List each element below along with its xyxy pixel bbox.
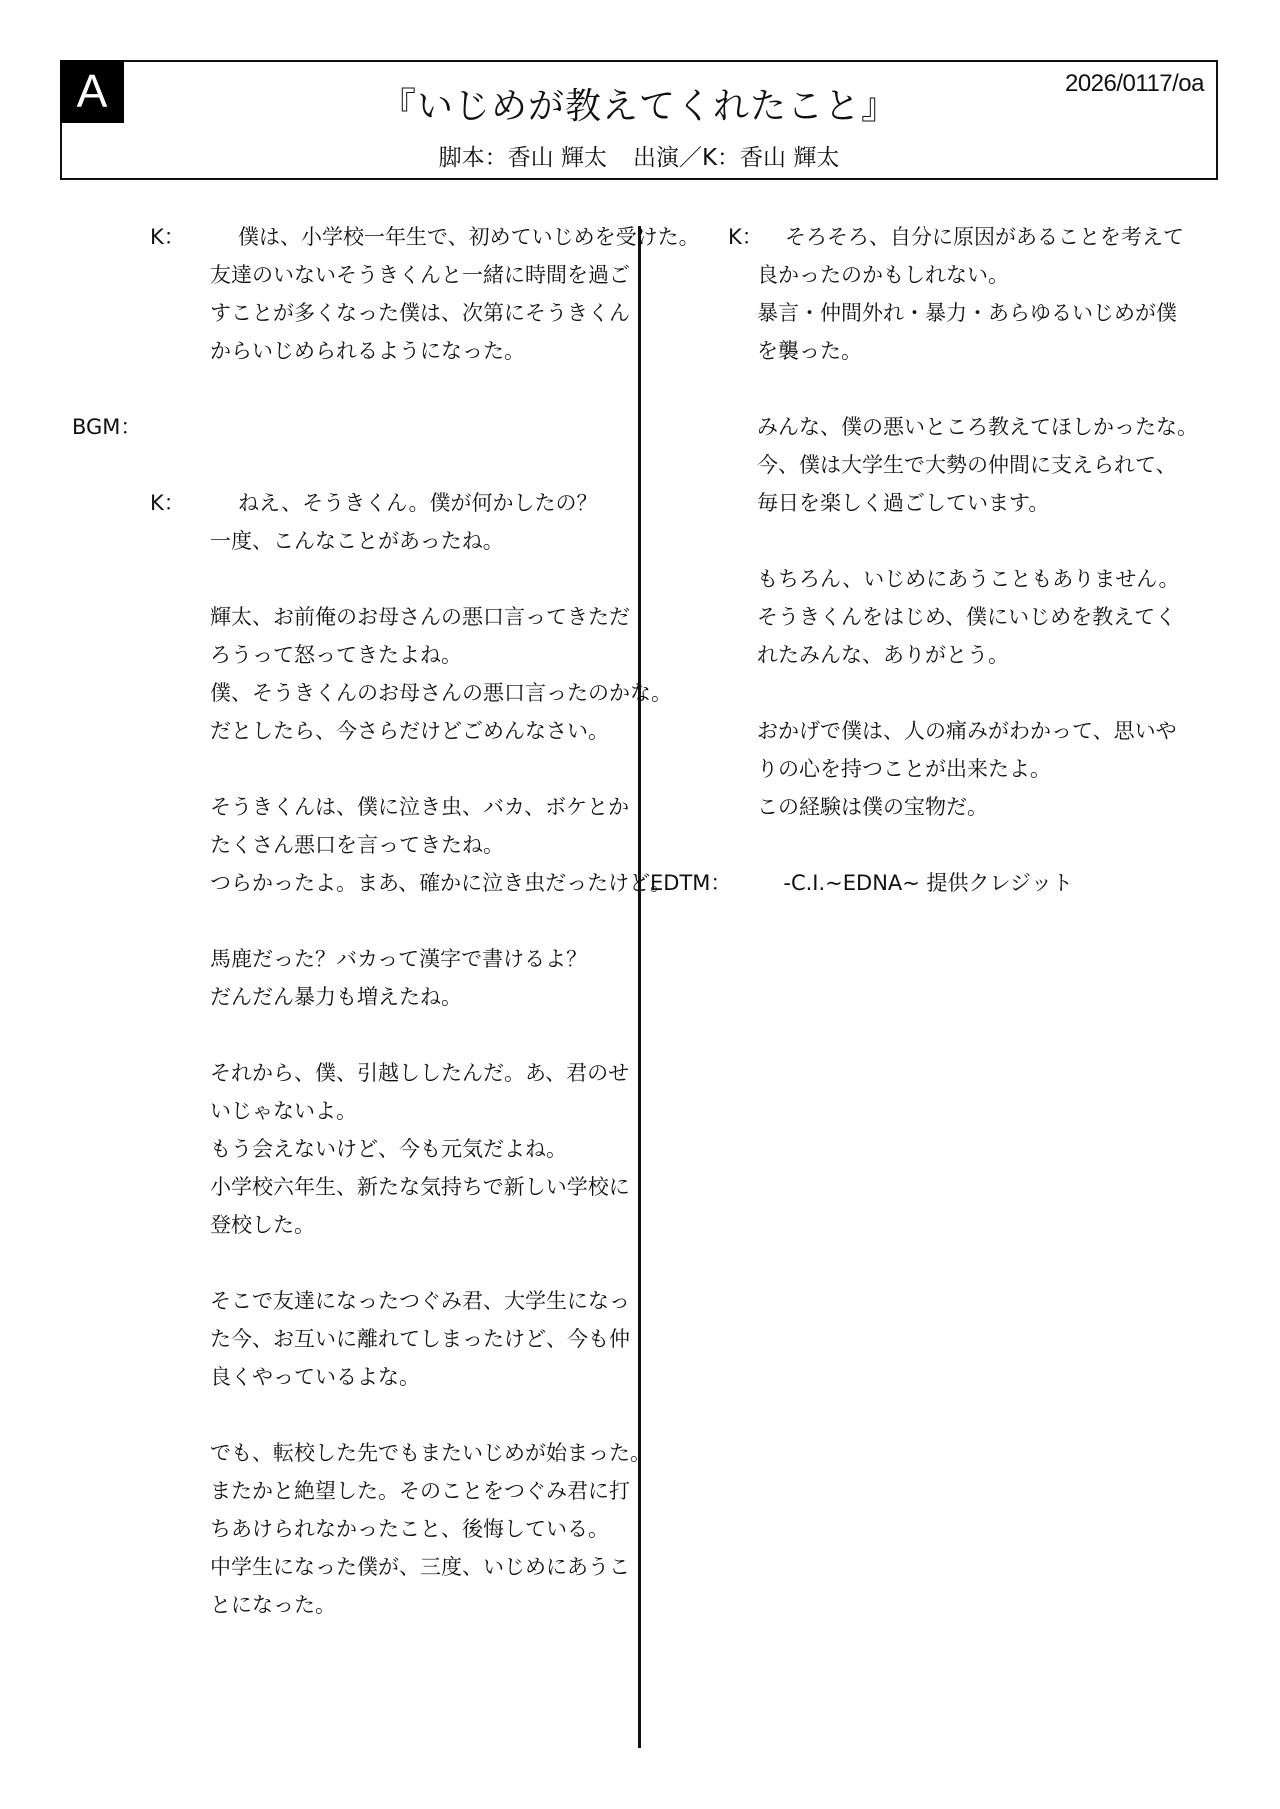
dialogue-line: 暴言・仲間外れ・暴力・あらゆるいじめが僕: [757, 294, 1220, 332]
spacer: [757, 674, 1220, 712]
edtm-label: EDTM：: [650, 871, 731, 895]
dialogue-line: 毎日を楽しく過ごしています。: [757, 484, 1220, 522]
dialogue-line: だとしたら、今さらだけどごめんなさい。: [210, 712, 635, 750]
script-title: 『いじめが教えてくれたこと』: [62, 78, 1216, 129]
dialogue-line: たくさん悪口を言ってきたね。: [210, 826, 635, 864]
bgm-label: BGM：: [72, 415, 141, 439]
dialogue-line: 一度、こんなことがあったね。: [210, 522, 635, 560]
dialogue-line: れたみんな、ありがとう。: [757, 636, 1220, 674]
dialogue-line: この経験は僕の宝物だ。: [757, 788, 1220, 826]
edtm-cue: EDTM：-C.I.~EDNA~ 提供クレジット: [650, 864, 1220, 902]
dialogue-block-k-1: K： 僕は、小学校一年生で、初めていじめを受けた。 友達のいないそうきくんと一緒…: [60, 218, 635, 370]
speaker-label: K：: [150, 218, 185, 256]
credits: 脚本：香山 輝太出演／K：香山 輝太: [62, 139, 1216, 172]
dialogue-line: 良かったのかもしれない。: [757, 256, 1220, 294]
dialogue-line: ろうって怒ってきたよね。: [210, 636, 635, 674]
dialogue-block-k-3: K： そろそろ、自分に原因があることを考えて 良かったのかもしれない。 暴言・仲…: [650, 218, 1220, 826]
dialogue-line: そうきくんをはじめ、僕にいじめを教えてく: [757, 598, 1220, 636]
script-writer-credit: 脚本：香山 輝太: [439, 145, 607, 171]
dialogue-line: おかげで僕は、人の痛みがわかって、思いや: [757, 712, 1220, 750]
dialogue-line: た今、お互いに離れてしまったけど、今も仲: [210, 1320, 635, 1358]
dialogue-line: もう会えないけど、今も元気だよね。: [210, 1130, 635, 1168]
dialogue-line: またかと絶望した。そのことをつぐみ君に打: [210, 1472, 635, 1510]
spacer: [210, 1396, 635, 1434]
right-column: K： そろそろ、自分に原因があることを考えて 良かったのかもしれない。 暴言・仲…: [650, 218, 1220, 902]
bgm-cue: BGM：: [60, 408, 635, 446]
dialogue-line: ちあけられなかったこと、後悔している。: [210, 1510, 635, 1548]
dialogue-line: もちろん、いじめにあうこともありません。: [757, 560, 1220, 598]
speaker-label: K：: [728, 218, 763, 256]
dialogue-line: 僕、そうきくんのお母さんの悪口言ったのかな。: [210, 674, 635, 712]
dialogue-line: 友達のいないそうきくんと一緒に時間を過ご: [210, 256, 635, 294]
left-column: K： 僕は、小学校一年生で、初めていじめを受けた。 友達のいないそうきくんと一緒…: [60, 218, 635, 1624]
dialogue-line: つらかったよ。まあ、確かに泣き虫だったけど。: [210, 864, 635, 902]
dialogue-line: いじゃないよ。: [210, 1092, 635, 1130]
dialogue-line: だんだん暴力も増えたね。: [210, 978, 635, 1016]
dialogue-line: 馬鹿だった？バカって漢字で書けるよ？: [210, 940, 635, 978]
dialogue-line: 僕は、小学校一年生で、初めていじめを受けた。: [238, 218, 635, 256]
dialogue-line: でも、転校した先でもまたいじめが始まった。: [210, 1434, 635, 1472]
dialogue-line: からいじめられるようになった。: [210, 332, 635, 370]
dialogue-line: そうきくんは、僕に泣き虫、バカ、ボケとか: [210, 788, 635, 826]
spacer: [650, 826, 1220, 864]
column-divider: [638, 226, 641, 1748]
dialogue-line: 輝太、お前俺のお母さんの悪口言ってきただ: [210, 598, 635, 636]
dialogue-block-k-2: K： ねえ、そうきくん。僕が何かしたの？ 一度、こんなことがあったね。 輝太、お…: [60, 484, 635, 1624]
edtm-value: -C.I.~EDNA~ 提供クレジット: [783, 864, 1073, 902]
dialogue-line: を襲った。: [757, 332, 1220, 370]
dialogue-line: ねえ、そうきくん。僕が何かしたの？: [238, 484, 635, 522]
spacer: [210, 1244, 635, 1282]
dialogue-line: 良くやっているよな。: [210, 1358, 635, 1396]
spacer: [210, 560, 635, 598]
spacer: [60, 370, 635, 408]
speaker-label: K：: [150, 484, 185, 522]
spacer: [60, 446, 635, 484]
dialogue-line: 今、僕は大学生で大勢の仲間に支えられて、: [757, 446, 1220, 484]
dialogue-line: 小学校六年生、新たな気持ちで新しい学校に: [210, 1168, 635, 1206]
spacer: [757, 522, 1220, 560]
dialogue-line: 中学生になった僕が、三度、いじめにあうこ: [210, 1548, 635, 1586]
dialogue-line: すことが多くなった僕は、次第にそうきくん: [210, 294, 635, 332]
dialogue-line: とになった。: [210, 1586, 635, 1624]
dialogue-line: りの心を持つことが出来たよ。: [757, 750, 1220, 788]
dialogue-line: それから、僕、引越ししたんだ。あ、君のせ: [210, 1054, 635, 1092]
dialogue-line: そこで友達になったつぐみ君、大学生になっ: [210, 1282, 635, 1320]
script-header: A 2026/0117/oa 『いじめが教えてくれたこと』 脚本：香山 輝太出演…: [60, 60, 1218, 180]
cast-credit: 出演／K：香山 輝太: [633, 145, 839, 171]
spacer: [757, 370, 1220, 408]
dialogue-line: 登校した。: [210, 1206, 635, 1244]
spacer: [210, 750, 635, 788]
dialogue-line: みんな、僕の悪いところ教えてほしかったな。: [757, 408, 1220, 446]
spacer: [210, 1016, 635, 1054]
spacer: [210, 902, 635, 940]
dialogue-line: そろそろ、自分に原因があることを考えて: [785, 218, 1220, 256]
